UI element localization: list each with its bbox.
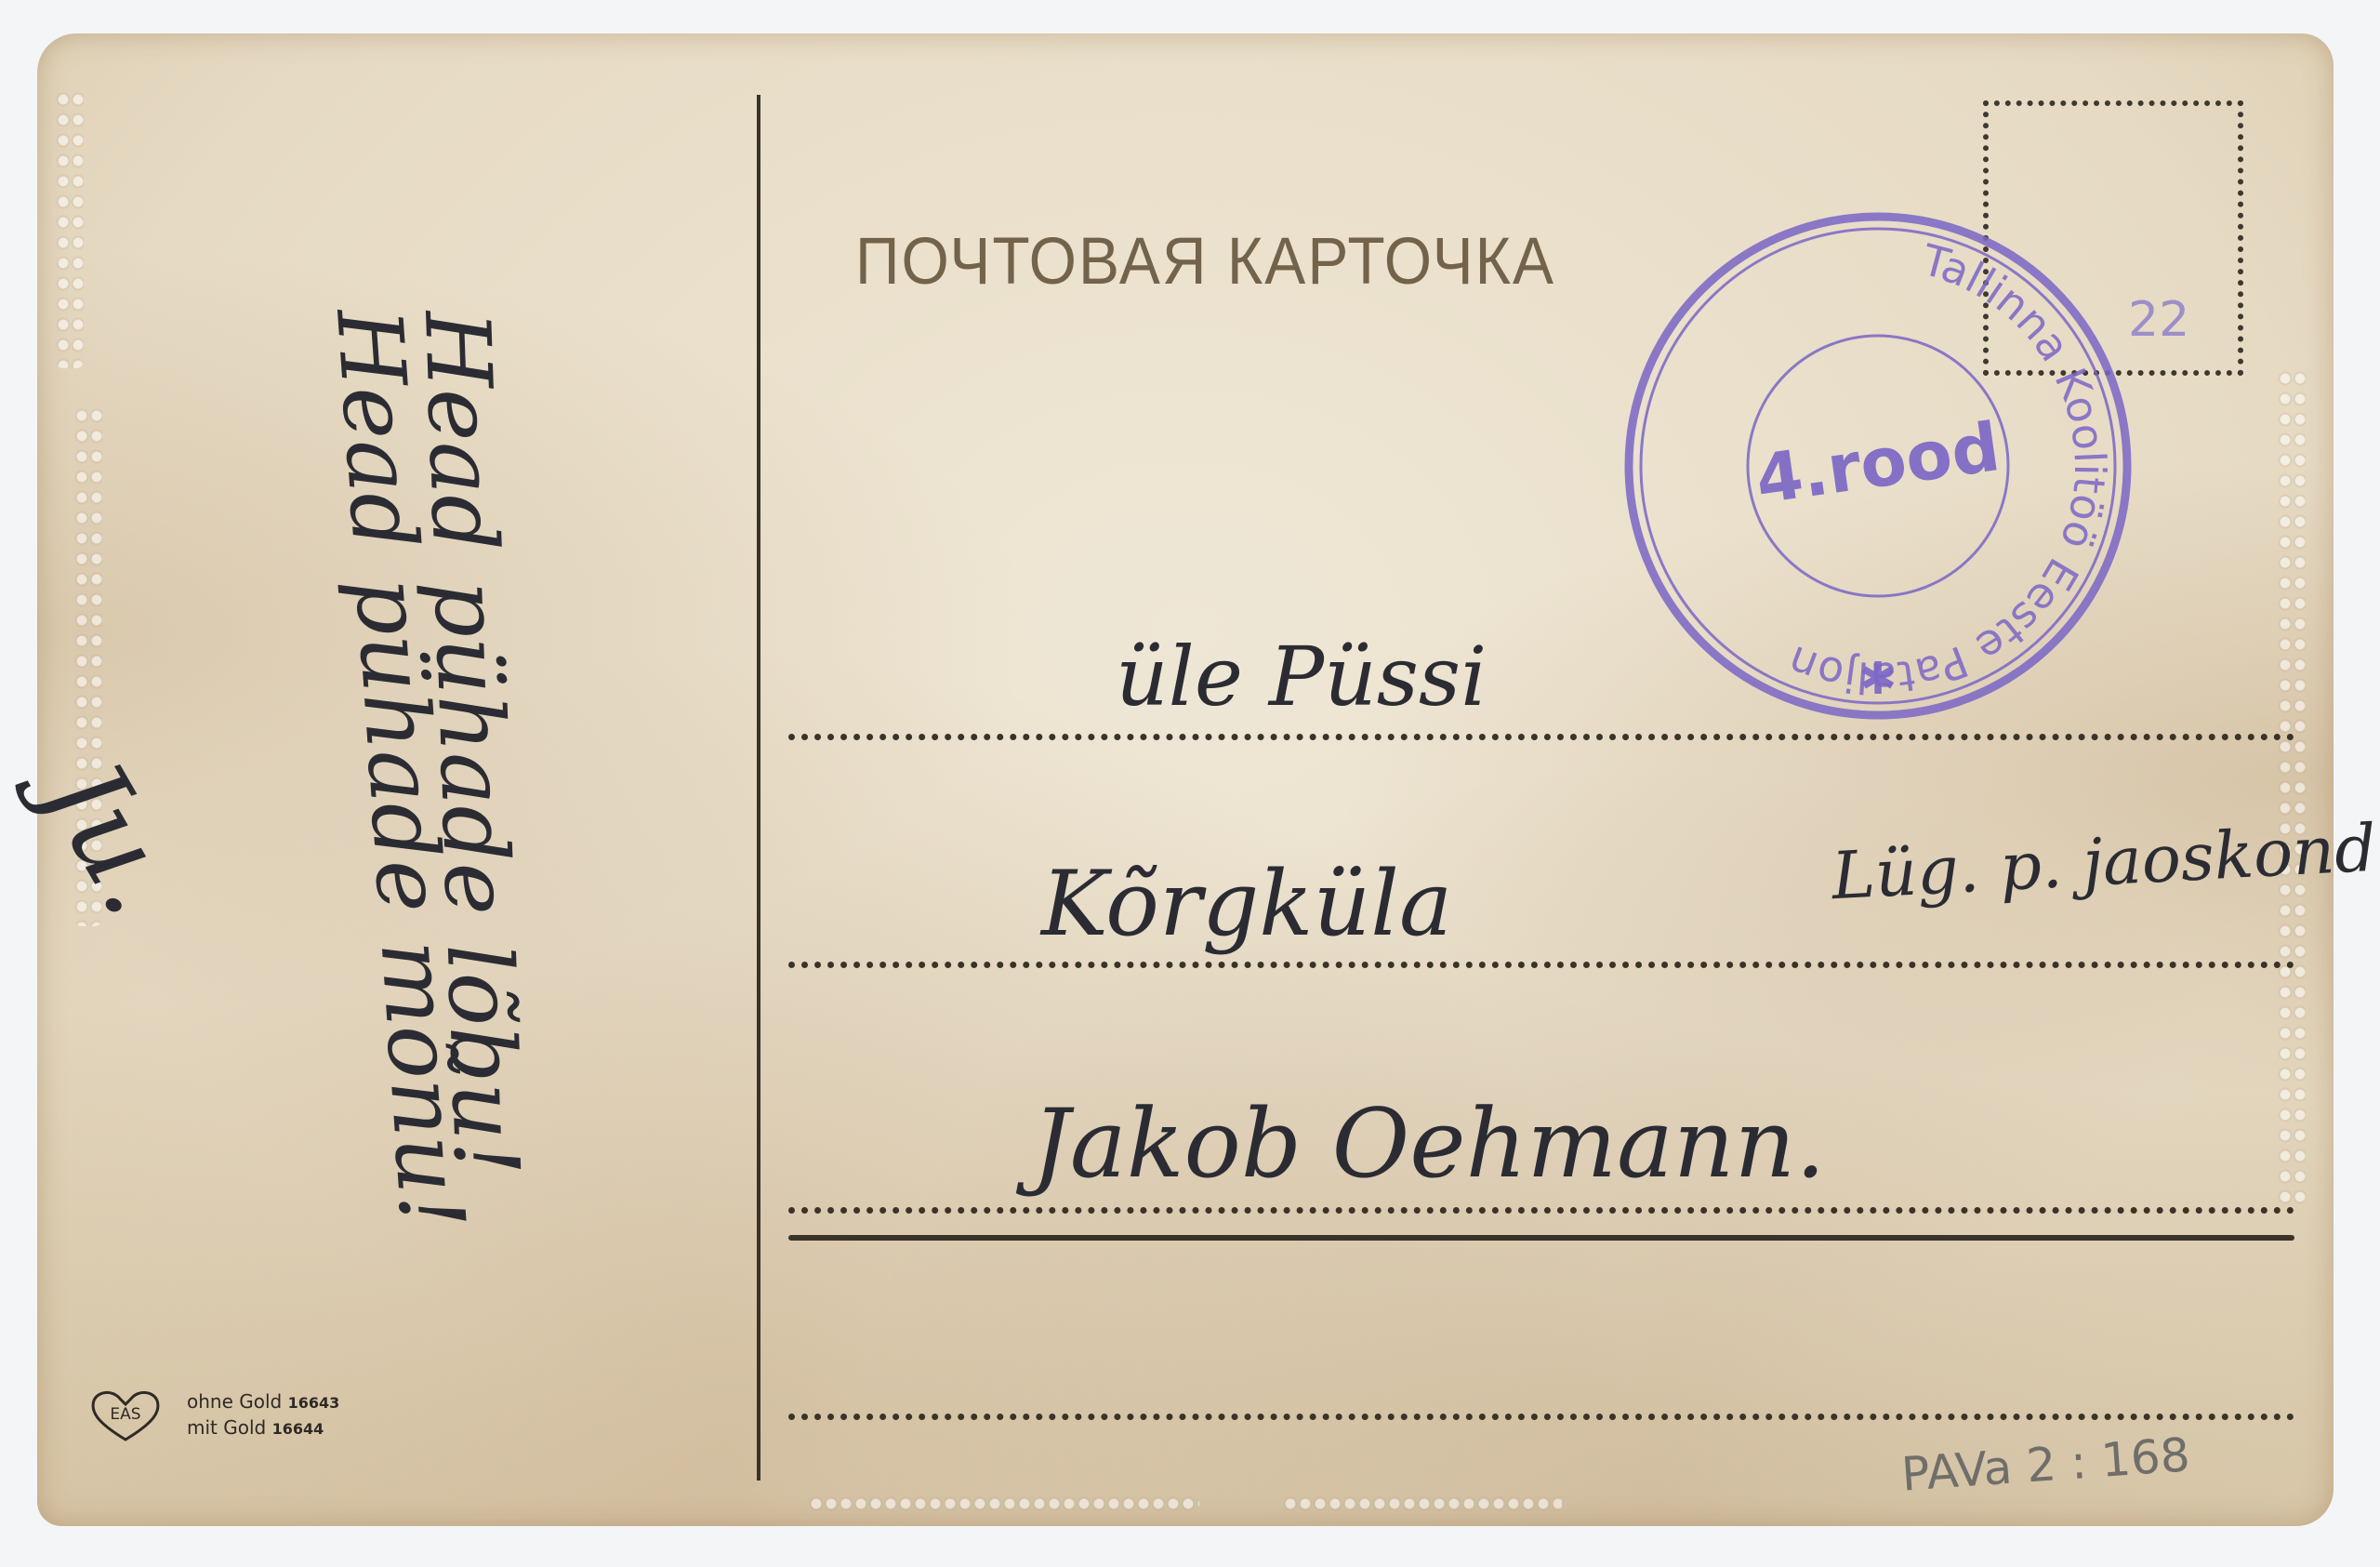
publisher-imprint: EAS ohne Gold 16643 mit Gold 16644: [88, 1388, 339, 1443]
publisher-line-1-number: 16643: [288, 1394, 340, 1412]
archive-number: PAVa 2 : 168: [1899, 1428, 2191, 1502]
heart-logo-icon: EAS: [88, 1388, 163, 1443]
address-line-3: [788, 1207, 2294, 1214]
divider-line: [757, 95, 760, 1481]
postmark-center-text: 4.rood: [1751, 407, 2004, 519]
emboss-decoration-bottom-2: [1283, 1494, 1562, 1514]
postmark: Tallinna Koolitöö Eeste Pataljon 4.rood …: [1599, 187, 2157, 745]
emboss-decoration-right: [2278, 368, 2306, 1205]
address-recipient-text: Jakob Oehmann.: [1032, 1089, 1826, 1200]
address-line-2-text: Kõrgküla: [1041, 852, 1452, 956]
address-line-2: [788, 962, 2294, 968]
svg-text:EAS: EAS: [110, 1405, 140, 1424]
address-underline: [788, 1235, 2294, 1241]
signature: Ju.: [19, 740, 206, 936]
publisher-line-2-label: mit Gold: [187, 1416, 266, 1439]
emboss-decoration-bottom: [809, 1494, 1199, 1514]
publisher-line-1-label: ohne Gold: [187, 1390, 282, 1413]
printed-title: ПОЧТОВАЯ КАРТОЧКА: [855, 222, 1555, 299]
address-line-1-text: üle Püssi: [1116, 629, 1487, 724]
asterisk-icon: ✱: [1859, 653, 1897, 705]
message-line-bottom: [788, 1414, 2294, 1420]
emboss-decoration-left-top: [56, 89, 84, 368]
publisher-line-2-number: 16644: [272, 1420, 324, 1438]
postcard: ПОЧТОВАЯ КАРТОЧКА 22 üle Püssi Kõrgküla …: [37, 33, 2334, 1526]
